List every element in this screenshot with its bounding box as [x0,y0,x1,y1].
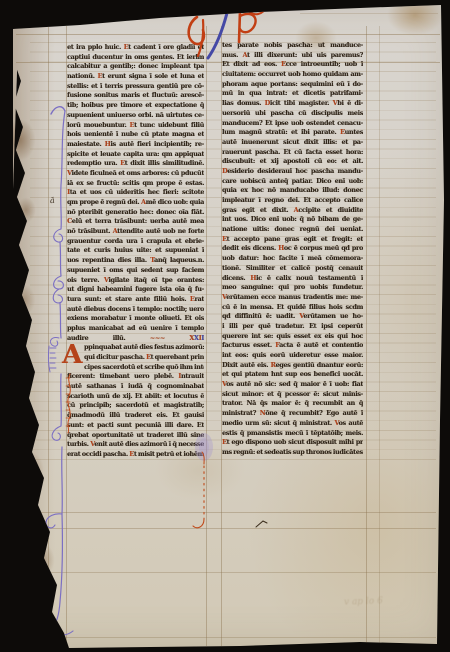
text-line: Et dixit ad eos. Ecce introeuntib; uob ī [222,60,363,70]
text-line: estis q̄ pmansistis mecū ī tēptatōib; me… [222,429,363,439]
ruling-line [46,572,436,573]
margin-annotation-lower: a [21,343,26,352]
text-line: stellis: et ī terris pressura gentiū pre… [67,82,204,92]
text-line: sunt: et pacti sunt pecuniā illi dare. E… [67,421,204,431]
text-line: Et ego dispono uob sicut disposuit mihi … [222,438,363,448]
text-line: Vos autē nō sic: sed q̄ maior ē ī uob: f… [222,380,363,390]
text-line: spicite et leuate capita ura: qm appīqua… [67,150,204,160]
text-line: autē sathanas ī iudā q̄ cognominabat [67,382,204,392]
text-line: qm prope ē regnū dei. Amē dico uob: quia [67,198,204,208]
text-line: Dixit autē eis. Reges gentiū dnantur eor… [222,361,363,371]
text-line: tib; hoibus pre timore et expectatione q… [67,101,204,111]
text-line: dicens. Hic ē calix nouū testamentū ī [222,274,363,284]
text-line: facturus esset. Facta ē autē et contenti… [222,341,363,351]
text-line: ficerent: timebant uero plebē. Intrauit [67,372,204,382]
ink-flick-mark [256,521,267,527]
text-line: qui dicitur pascha. Et querebant prin- [67,353,204,363]
text-line: scarioth unū de xij. Et abiit: et locutu… [67,392,204,402]
text-line: querere int se: quis esset ex eis qui ho… [222,332,363,342]
text-line: supueniet ī oms qui sedent sup faciem [67,266,204,276]
text-line: dedit eis dicens. Hoc ē corpus meū qd pr… [222,244,363,254]
text-line: lum magnū stratū: et ibi parate. Euntes [222,128,363,138]
text-line: audire illū. ~~~ XXII [67,334,204,344]
ruling-line [300,13,438,14]
text-line: nationū. Et erunt signa ī sole et luna e… [67,72,204,82]
text-line: trator. Nā q̄s maior ē: q̄ recumbit an q… [222,399,363,409]
text-line: qd diffinitū ē: uadit. Verūtamen ue ho- [222,312,363,322]
text-line: et qui ptatem hnt sup eos benefici uocāt… [222,370,363,380]
text-line: ciuitatem: occurret uob homo quidam am- [222,70,363,80]
text-line: nō pteribit generatio hec: donec oīa fiā… [67,208,204,218]
text-line: manducem? Et ipse uob ostendet cenacu- [222,119,363,129]
left-text-column: et ira pplo huic. Et cadent ī ore gladii… [67,43,204,460]
text-line: turbis. Venit autē dies azimorū ī q̄ nec… [67,440,204,450]
ruling-line [206,26,207,646]
text-line: supuenient uniuerso orbi. nā uirtutes ce… [67,111,204,121]
text-line: redemptio ura. Et dixit illis similitudi… [67,159,204,169]
show-through-inscription: v ap lo 6 [344,594,439,608]
text-line: discubuit: et xij apostoli cū eo: et ait… [222,157,363,167]
ruling-line [379,26,380,646]
text-line: ois terre. Vigilate itaq̄ oī tpe orantes… [67,276,204,286]
text-line: medio urm sū: sicut q̄ ministrat. Vos au… [222,419,363,429]
text-line: tionē. Similiter et calicē postq̄ cenaui… [222,264,363,274]
text-line: ministrat? Nōne q̄ recumbit? Ego autē ī [222,409,363,419]
text-line: lorū mouebuntur. Et tunc uidebunt filiū [67,121,204,131]
text-line: rauerunt pascha. Et cū facta esset hora: [222,148,363,158]
text-line: quia ex hoc nō manducabo illud: donec [222,186,363,196]
text-line: impleatur ī regno dei. Et accepto calice [222,196,363,206]
text-line: ms regnū: et sedeatis sup thronos iudicā… [222,448,363,458]
text-line: tes parate nobis pascha: ut manduce- [222,41,363,51]
text-line: Desiderio desideraui hoc pascha mandu- [222,167,363,177]
text-line: calcabitur a gentib;: donec impleant tpa [67,62,204,72]
text-line: captiui ducentur in oms gentes. Et ierlm [67,53,204,63]
text-line: meo sanguine: qui pro uobis fundetur. [222,283,363,293]
parchment-leaf: v ap lo 6 et ira pplo huic. Et cadent ī … [0,0,450,652]
text-line: q̄rebat oportunitatē ut traderet illū si… [67,431,204,441]
text-line: uersoriū ubi pascha cū discipulis meis [222,109,363,119]
text-line: fusione sonitus maris et fluctuū: arescē… [67,91,204,101]
text-line: int uos. Dico enī uob: q̄ nō bibam de ge… [222,215,363,225]
text-line: phoram aque portans: sequimini eū ī do- [222,80,363,90]
text-line: Verūtamen ecce manus tradentis me: me- [222,293,363,303]
text-line: nō trāsibunt. Attendite autē uob ne fort… [67,227,204,237]
text-line: cū principib; sacerdotū et magistratib; [67,401,204,411]
ruling-line [16,34,440,35]
text-line: ut digni habeamini fugere ista oīa q̄ fu… [67,285,204,295]
text-line: et ira pplo huic. Et cadent ī ore gladii… [67,43,204,53]
text-line: tura sunt: et stare ante filiū hois. Era… [67,295,204,305]
ruling-line [48,26,49,646]
text-line: i illi per quē tradetur. Et ipsi ceperūt [222,322,363,332]
text-line: erat occidi pascha. Et misit petrū et io… [67,450,204,460]
text-line: gras egit et dixit. Accipite et diuidite [222,206,363,216]
text-line: care uobiscū anteq̄ patiar. Dico enī uob… [222,177,363,187]
text-line: mū in qua intrat: et dicetis patrifami- [222,89,363,99]
text-line: cipes sacerdotū et scribe quō ihm inter- [67,363,204,373]
text-line: exiens morabatur ī monte oliueti. Et ois [67,314,204,324]
text-line: maiestate. His autē fieri incipientib; r… [67,140,204,150]
text-line: q̄madmodū illū traderet eis. Et gauisi [67,411,204,421]
text-line: grauentur corda ura ī crapula et ebrie- [67,237,204,247]
text-line: autē inuenerunt sicut dixit illis: et pa… [222,138,363,148]
text-line: tate et curis huius uite: et supueniat ī [67,246,204,256]
text-line: autē diebus docens ī templo: noctib; uer… [67,305,204,315]
text-line: sicut minor: et q̄ pcessor ē: sicut mini… [222,390,363,400]
right-text-column: tes parate nobis pascha: ut manduce-mus.… [222,41,363,458]
text-line: mus. At illi dixerunt: ubi uis paremus? [222,51,363,61]
text-line: Ita et uos cū uideritis hec fieri: scito… [67,188,204,198]
text-line: iā ex se fructū: scitis qm prope ē estas… [67,179,204,189]
ruling-line [40,512,436,513]
manuscript-photograph: v ap lo 6 et ira pplo huic. Et cadent ī … [0,0,450,652]
text-line: Celū et terra trāsibunt: uerba autē mea [67,217,204,227]
text-line: int eos: quis eorū uideretur esse maior. [222,351,363,361]
text-line: uob datur: hoc facite ī meā cōmemora- [222,254,363,264]
margin-annotation-upper: ā [50,196,55,205]
text-line: Et accepto pane gras egit et fregit: et [222,235,363,245]
text-line: cū ē in mensa. Et quidē filius hois scdm [222,303,363,313]
text-line: lias domus. Dicit tibi magister. Vbi ē d… [222,99,363,109]
text-line: hois uenientē ī nube cū ptate magna et [67,130,204,140]
chapter-initial-A: A [62,341,82,370]
text-line: natione uitis: donec regnū dei ueniat. [222,225,363,235]
ruling-line [40,528,436,529]
text-line: uos repentina dies illa. Tanq̄ laqueus.n… [67,256,204,266]
ruling-line [366,26,367,646]
text-line: ppinquabat autē dies festus azimorū: [67,343,204,353]
text-line: Videte ficulneā et oms arbores: cū pducū… [67,169,204,179]
text-line: pplus manicabat ad eū uenire ī templo [67,324,204,334]
